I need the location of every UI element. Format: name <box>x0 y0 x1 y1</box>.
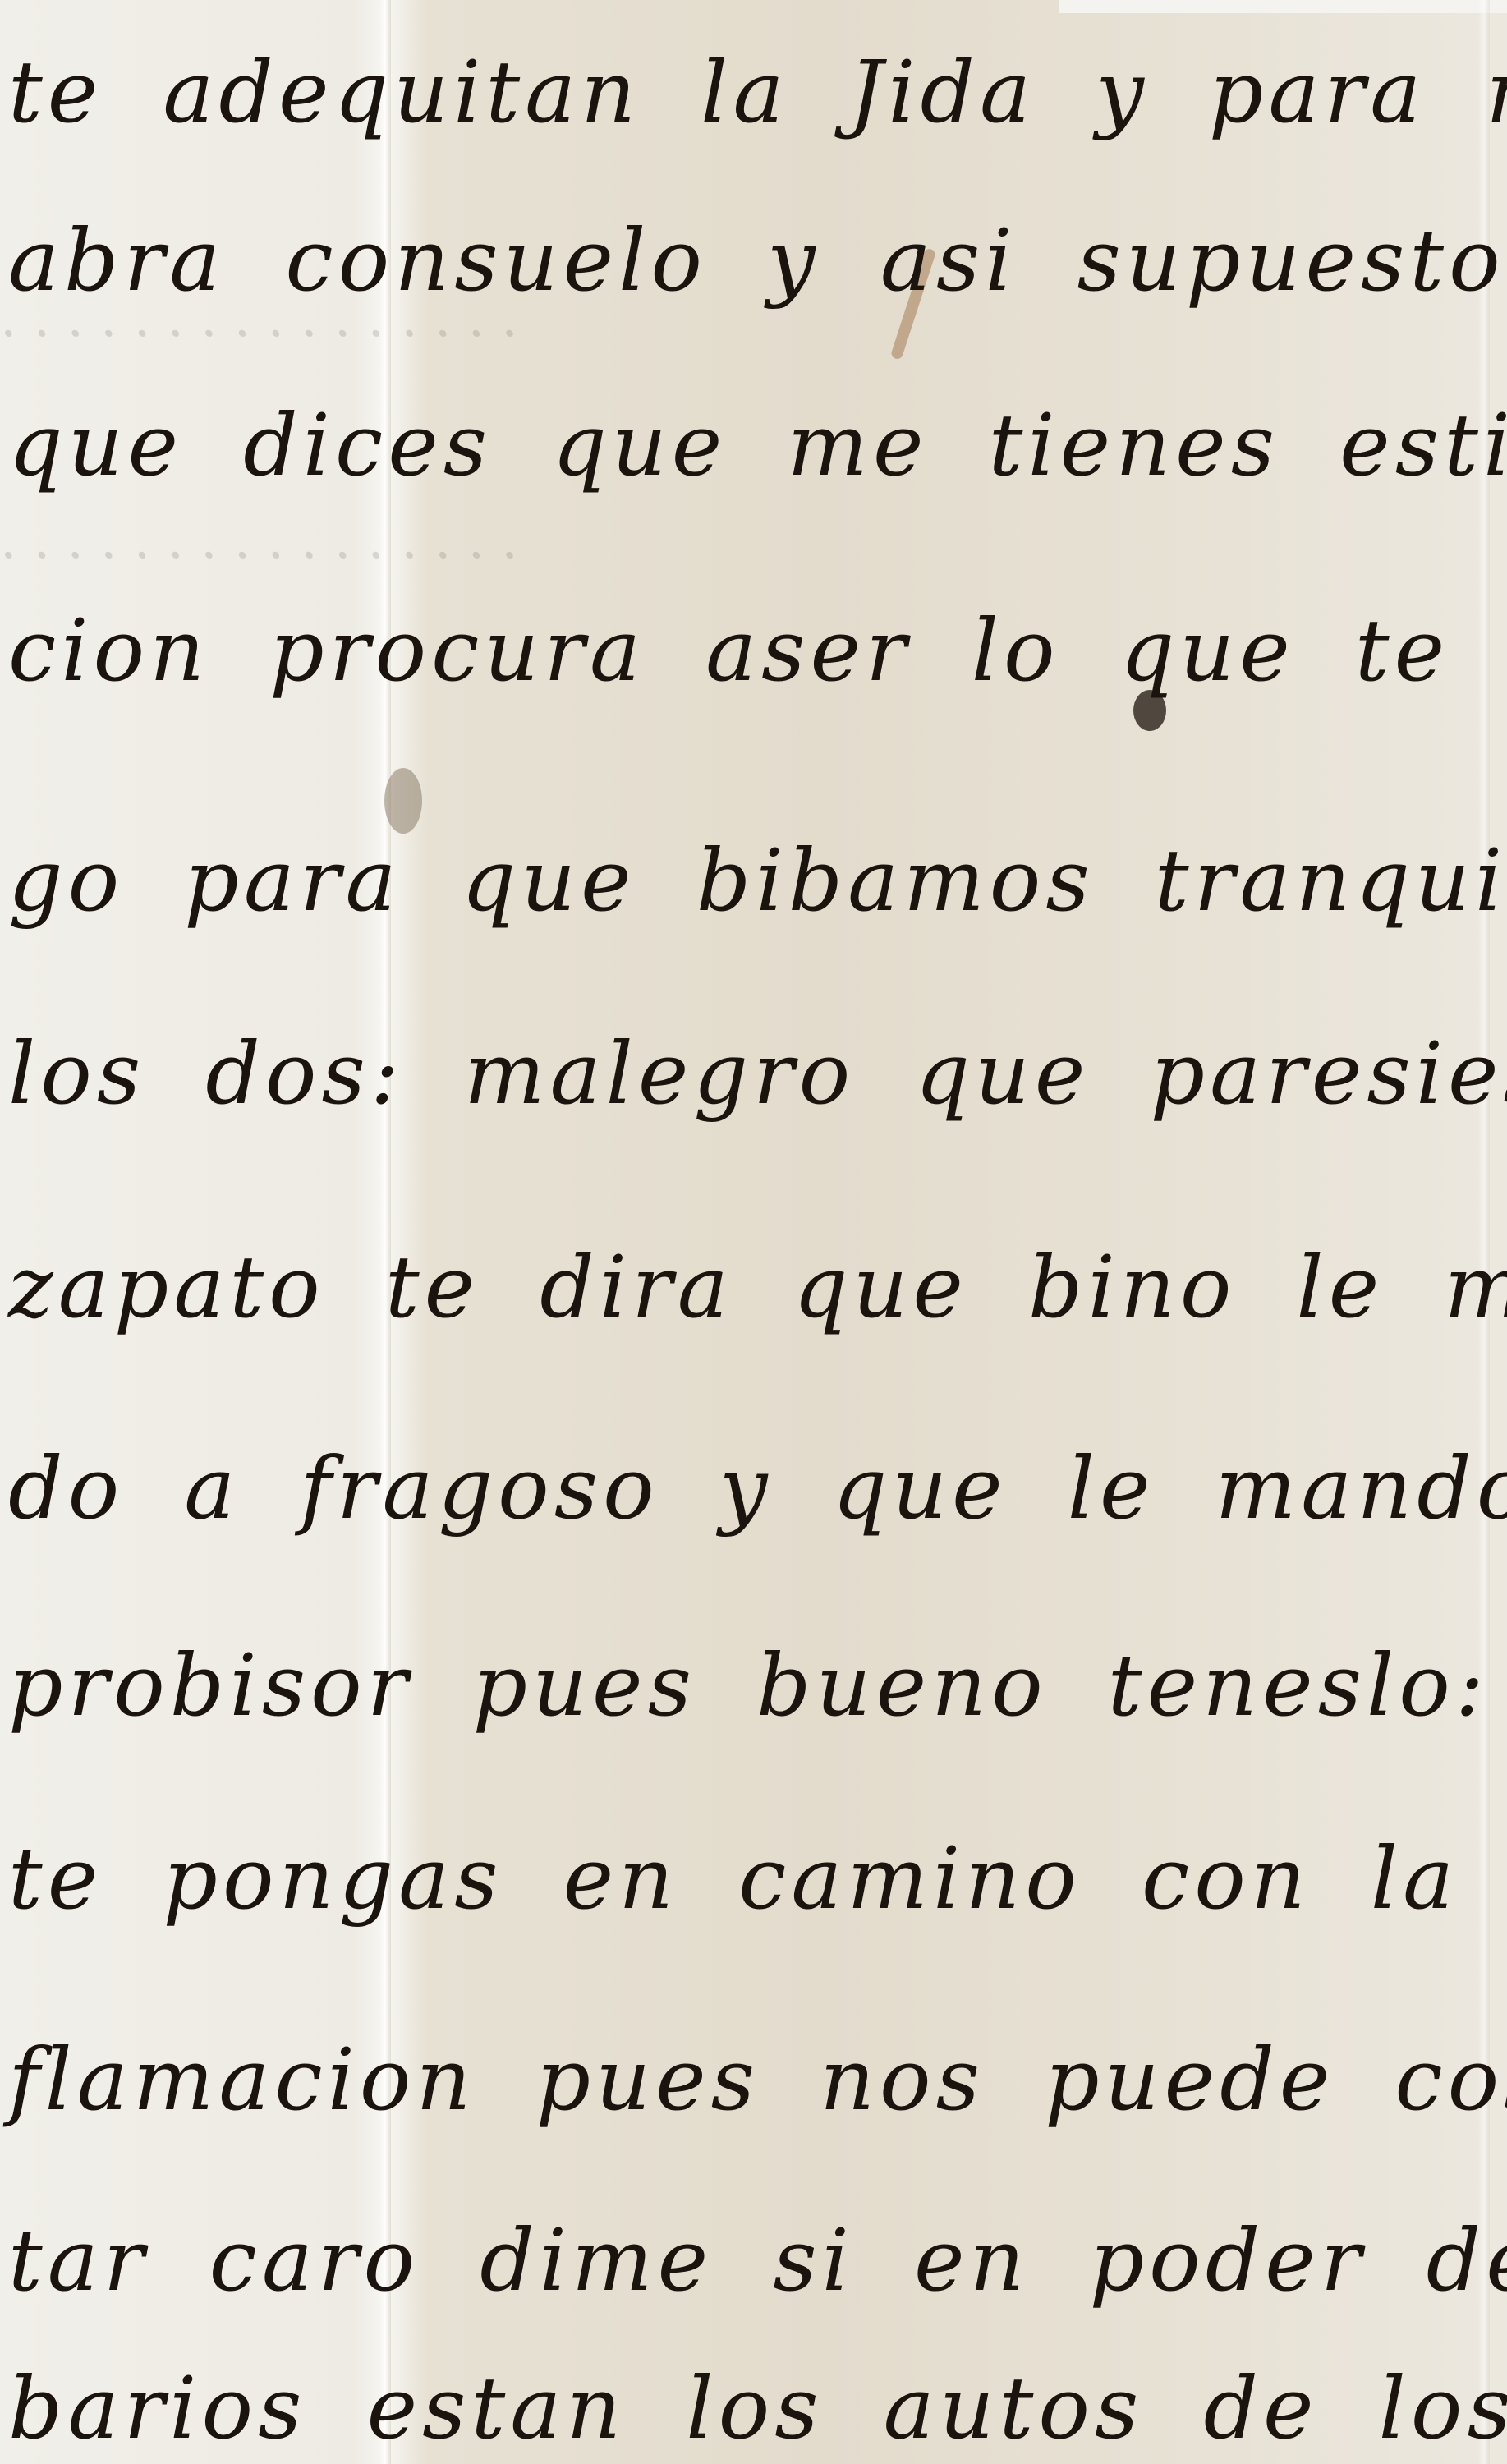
manuscript-line: barios estan los autos de los, <box>8 2365 1507 2451</box>
bleed-through-text: · · · · · · · · · · · · · · · · <box>0 304 518 365</box>
manuscript-line: do a fragoso y que le mando ad <box>8 1446 1507 1531</box>
manuscript-line: tar caro dime si en poder de <box>8 2218 1507 2303</box>
manuscript-line: te pongas en camino con la in <box>8 1836 1507 1921</box>
manuscript-line: los dos: malegro que paresiese el <box>8 1031 1507 1116</box>
manuscript-line: que dices que me tienes estima <box>8 402 1507 488</box>
manuscript-line: te adequitan la Jida y para mi <box>8 49 1507 135</box>
manuscript-line: abra consuelo y asi supuesto <box>8 218 1505 303</box>
manuscript-line: probisor pues bueno teneslo: no <box>8 1643 1507 1728</box>
hole-in-paper <box>384 768 422 834</box>
manuscript-page: · · · · · · · · · · · · · · · · · · · · … <box>0 0 1507 2464</box>
manuscript-line: zapato te dira que bino le man <box>8 1244 1507 1330</box>
manuscript-line: flamacion pues nos puede cos- <box>8 2037 1507 2122</box>
top-edge-strip <box>1059 0 1507 13</box>
manuscript-line: go para que bibamos tranqui- <box>8 838 1507 923</box>
manuscript-line: cion procura aser lo que te di <box>8 608 1507 693</box>
bleed-through-text: · · · · · · · · · · · · · · · · <box>0 526 518 586</box>
